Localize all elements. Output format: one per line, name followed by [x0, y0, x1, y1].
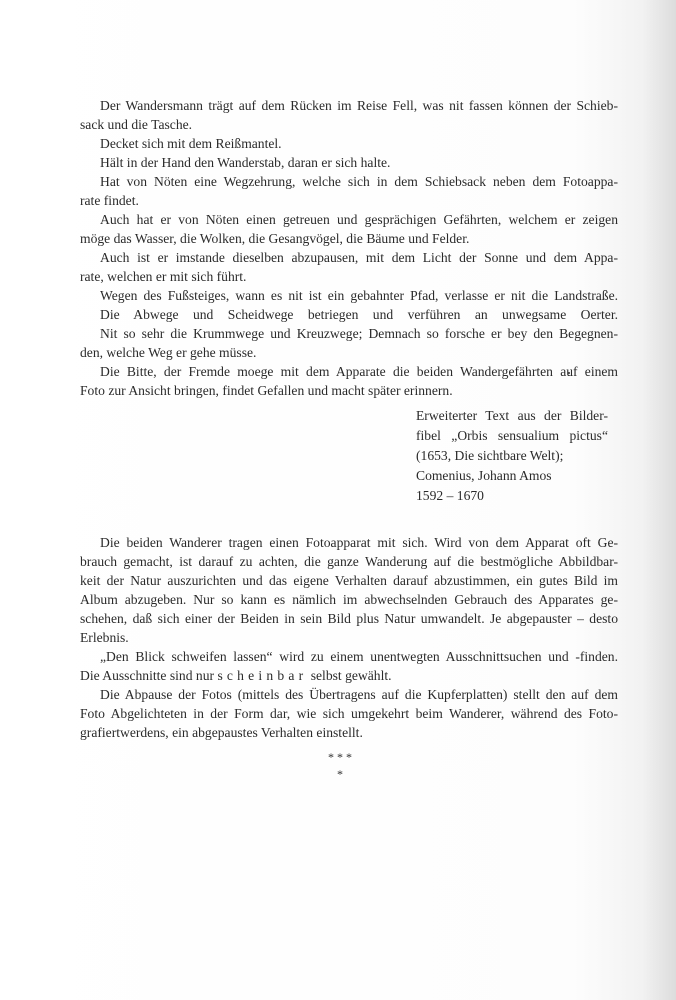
text-line: Nit so sehr die Krummwege und Kreuzwege;…: [80, 324, 618, 343]
text-line: Die Abpause der Fotos (mittels des Übert…: [80, 685, 618, 704]
text-line: (1653, Die sichtbare Welt);: [416, 446, 608, 466]
source-citation: Erweiterter Text aus der Bilder-fibel „O…: [416, 406, 608, 506]
text-line: Die Bitte, der Fremde moege mit dem Appa…: [80, 362, 618, 381]
text-line: grafiertwerdens, ein abgepaustes Verhalt…: [80, 723, 618, 742]
line-fragment: selbst gewählt.: [311, 668, 392, 683]
text-line: möge das Wasser, die Wolken, die Gesangv…: [80, 229, 618, 248]
speck-mark: [568, 372, 570, 374]
text-line: brauch gemacht, ist darauf zu achten, di…: [80, 552, 618, 571]
text-line: Auch hat er von Nöten einen getreuen und…: [80, 210, 618, 229]
asterism-top: * * *: [310, 749, 370, 766]
document-page: Der Wandersmann trägt auf dem Rücken im …: [0, 0, 676, 1000]
text-line: Comenius, Johann Amos: [416, 466, 608, 486]
text-line: Die Abwege und Scheidwege betriegen und …: [80, 305, 618, 324]
text-line: Foto zur Ansicht bringen, findet Gefalle…: [80, 381, 618, 400]
text-line: Album abzugeben. Nur so kann es nämlich …: [80, 590, 618, 609]
text-line: Auch ist er imstande dieselben abzupause…: [80, 248, 618, 267]
text-line: Erlebnis.: [80, 628, 618, 647]
text-line: Foto Abgelichteten in der Form dar, wie …: [80, 704, 618, 723]
text-line: den, welche Weg er gehe müsse.: [80, 343, 618, 362]
asterism-bottom: *: [310, 766, 370, 783]
text-line: Hält in der Hand den Wanderstab, daran e…: [80, 153, 618, 172]
text-line: Der Wandersmann trägt auf dem Rücken im …: [80, 96, 618, 115]
text-line: Die Ausschnitte sind nur scheinbar selbs…: [80, 666, 618, 685]
text-line: Die beiden Wanderer tragen einen Fotoapp…: [80, 533, 618, 552]
text-line: keit der Natur auszurichten und das eige…: [80, 571, 618, 590]
section-ornament: * * * *: [310, 749, 370, 783]
text-line: Erweiterter Text aus der Bilder-: [416, 406, 608, 426]
archaic-text-section: Der Wandersmann trägt auf dem Rücken im …: [80, 96, 618, 400]
text-line: Wegen des Fußsteiges, wann es nit ist ei…: [80, 286, 618, 305]
commentary-section: Die beiden Wanderer tragen einen Fotoapp…: [80, 533, 618, 742]
text-line: rate findet.: [80, 191, 618, 210]
text-line: Decket sich mit dem Reißmantel.: [80, 134, 618, 153]
line-fragment: Die Ausschnitte sind nur: [80, 668, 217, 683]
text-line: 1592 – 1670: [416, 486, 608, 506]
text-line: rate, welchen er mit sich führt.: [80, 267, 618, 286]
text-line: „Den Blick schweifen lassen“ wird zu ein…: [80, 647, 618, 666]
text-line: schehen, daß sich einer der Beiden in se…: [80, 609, 618, 628]
emphasized-word: scheinbar: [217, 668, 307, 683]
text-line: sack und die Tasche.: [80, 115, 618, 134]
text-line: fibel „Orbis sensualium pictus“: [416, 426, 608, 446]
text-line: Hat von Nöten eine Wegzehrung, welche si…: [80, 172, 618, 191]
